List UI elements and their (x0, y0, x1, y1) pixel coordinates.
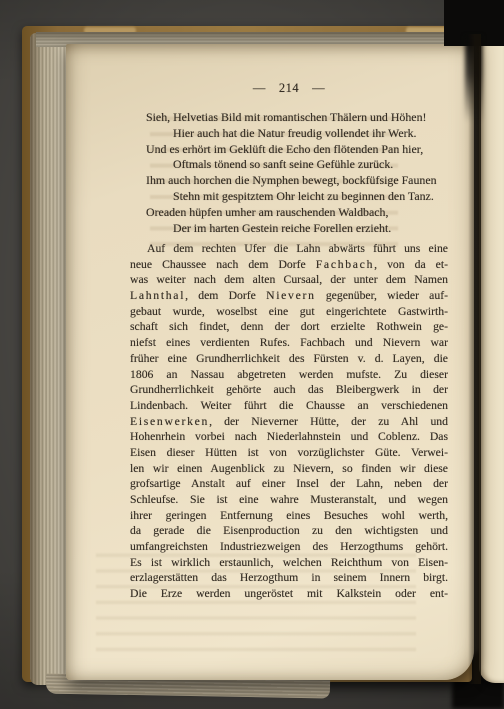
prose-segment: erzlagerstätten das Herzogthum in seinem… (130, 571, 448, 584)
prose-line: Hohenrhein vorbei nach Niederlahnstein u… (130, 429, 448, 445)
prose-segment: da gerade die Eisenproduction zu den wic… (130, 524, 448, 537)
prose-line: neue Chaussee nach dem Dorfe Fachbach, v… (130, 257, 448, 273)
prose-line: Die Erze werden ungeröstet mit Kalkstein… (130, 586, 448, 602)
prose-segment: , von da et- (374, 258, 448, 271)
poem-line: Oftmals tönend so sanft seine Gefühle zu… (146, 157, 462, 173)
prose-line: erzlagerstätten das Herzogthum in seinem… (130, 570, 448, 586)
prose-segment: grofsartige Anstalt auf einer Insel der … (130, 477, 448, 490)
prose-segment: Es ist wirklich erstaunlich, welchen Rei… (130, 556, 448, 569)
prose-segment: umfangreichsten Industriezweigen des Her… (130, 540, 448, 553)
prose-segment-spaced: Eisenwerken (130, 415, 209, 428)
prose-paragraph: Auf dem rechten Ufer die Lahn abwärts fü… (130, 241, 448, 602)
page-number-dash-right: — (312, 81, 325, 95)
prose-line: Lindenbach. Weiter führt die Chausse an … (130, 398, 448, 414)
prose-segment-spaced: Lahnthal (130, 289, 185, 302)
prose-line: niefst eines verdienten Rufes. Fachbach … (130, 335, 448, 351)
prose-line: len wir einen Augenblick zu Nievern, so … (130, 461, 448, 477)
prose-segment: , dem Dorfe (185, 289, 266, 302)
prose-line: was weiter nach dem alten Cursaal, der u… (130, 272, 448, 288)
prose-segment: schaft sich findet, denn der dort erziel… (130, 320, 448, 333)
facing-page-edge (479, 37, 504, 683)
prose-segment: Die Erze werden ungeröstet mit Kalkstein… (130, 587, 448, 600)
poem-line: Oreaden hüpfen umher am rauschenden Wald… (146, 205, 462, 221)
prose-line: umfangreichsten Industriezweigen des Her… (130, 539, 448, 555)
prose-line: Es ist wirklich erstaunlich, welchen Rei… (130, 555, 448, 571)
prose-segment: gegenüber, wieder auf- (316, 289, 448, 302)
prose-line: schaft sich findet, denn der dort erziel… (130, 319, 448, 335)
prose-segment: Lindenbach. Weiter führt die Chausse an … (130, 399, 448, 412)
prose-line: Auf dem rechten Ufer die Lahn abwärts fü… (130, 241, 448, 257)
poem-line: Sieh, Helvetias Bild mit romantischen Th… (146, 110, 462, 126)
gutter-shadow (468, 34, 481, 684)
prose-line: ihrer geringen Entfernung eines Besuches… (130, 508, 448, 524)
scanned-book-photo: —214— Sieh, Helvetias Bild mit romantisc… (0, 0, 504, 709)
page-number-value: 214 (279, 81, 299, 95)
prose-segment: ihrer geringen Entfernung eines Besuches… (130, 509, 448, 522)
prose-line: Eisenwerken, der Nieverner Hütte, der zu… (130, 414, 448, 430)
page-number: —214— (130, 81, 448, 96)
prose-segment: Schleufse. Sie ist eine wahre Musteranst… (130, 493, 448, 506)
poem: Sieh, Helvetias Bild mit romantischen Th… (146, 110, 462, 236)
prose-segment: neue Chaussee nach dem Dorfe (130, 258, 316, 271)
page-number-dash-left: — (253, 81, 266, 95)
poem-line: Ihm auch horchen die Nymphen bewegt, boc… (146, 173, 462, 189)
prose-line: Schleufse. Sie ist eine wahre Musteranst… (130, 492, 448, 508)
book-page: —214— Sieh, Helvetias Bild mit romantisc… (66, 44, 474, 680)
prose-segment: len wir einen Augenblick zu Nievern, so … (130, 462, 448, 475)
prose-line: früher eine Grundherrlichkeit des Fürste… (130, 351, 448, 367)
prose-line: Eisen dieser Hütten ist von vorzüglichst… (130, 445, 448, 461)
prose-line: Lahnthal, dem Dorfe Nievern gegenüber, w… (130, 288, 448, 304)
poem-line: Stehn mit gespitztem Ohr leicht zu begin… (146, 189, 462, 205)
poem-line: Der im harten Gestein reiche Forellen er… (146, 221, 462, 237)
prose-segment: Grundherrlichkeit gehörte auch das Bleib… (130, 383, 448, 396)
prose-segment: 1806 an Nassau abgetreten werden mufste.… (130, 368, 448, 381)
prose-segment: was weiter nach dem alten Cursaal, der u… (130, 273, 448, 286)
prose-line: 1806 an Nassau abgetreten werden mufste.… (130, 367, 448, 383)
prose-segment: niefst eines verdienten Rufes. Fachbach … (130, 336, 448, 349)
prose-line: gebaut wurde, woselbst eine gut eingeric… (130, 304, 448, 320)
prose-segment: Hohenrhein vorbei nach Niederlahnstein u… (130, 430, 448, 443)
prose-segment: früher eine Grundherrlichkeit des Fürste… (130, 352, 448, 365)
prose-segment-spaced: Fachbach (316, 258, 374, 271)
prose-segment: Eisen dieser Hütten ist von vorzüglichst… (130, 446, 448, 459)
prose-line: Grundherrlichkeit gehörte auch das Bleib… (130, 382, 448, 398)
prose-segment: gebaut wurde, woselbst eine gut eingeric… (130, 305, 448, 318)
prose-line: da gerade die Eisenproduction zu den wic… (130, 523, 448, 539)
prose-segment: , der Nieverner Hütte, der zu Ahl und (209, 415, 448, 428)
prose-segment-spaced: Nievern (266, 289, 316, 302)
poem-line: Hier auch hat die Natur freudig vollende… (146, 126, 462, 142)
prose-segment: Auf dem rechten Ufer die Lahn abwärts fü… (147, 242, 448, 255)
poem-line: Und es erhört im Geklüft die Echo den fl… (146, 142, 462, 158)
prose-line: grofsartige Anstalt auf einer Insel der … (130, 476, 448, 492)
